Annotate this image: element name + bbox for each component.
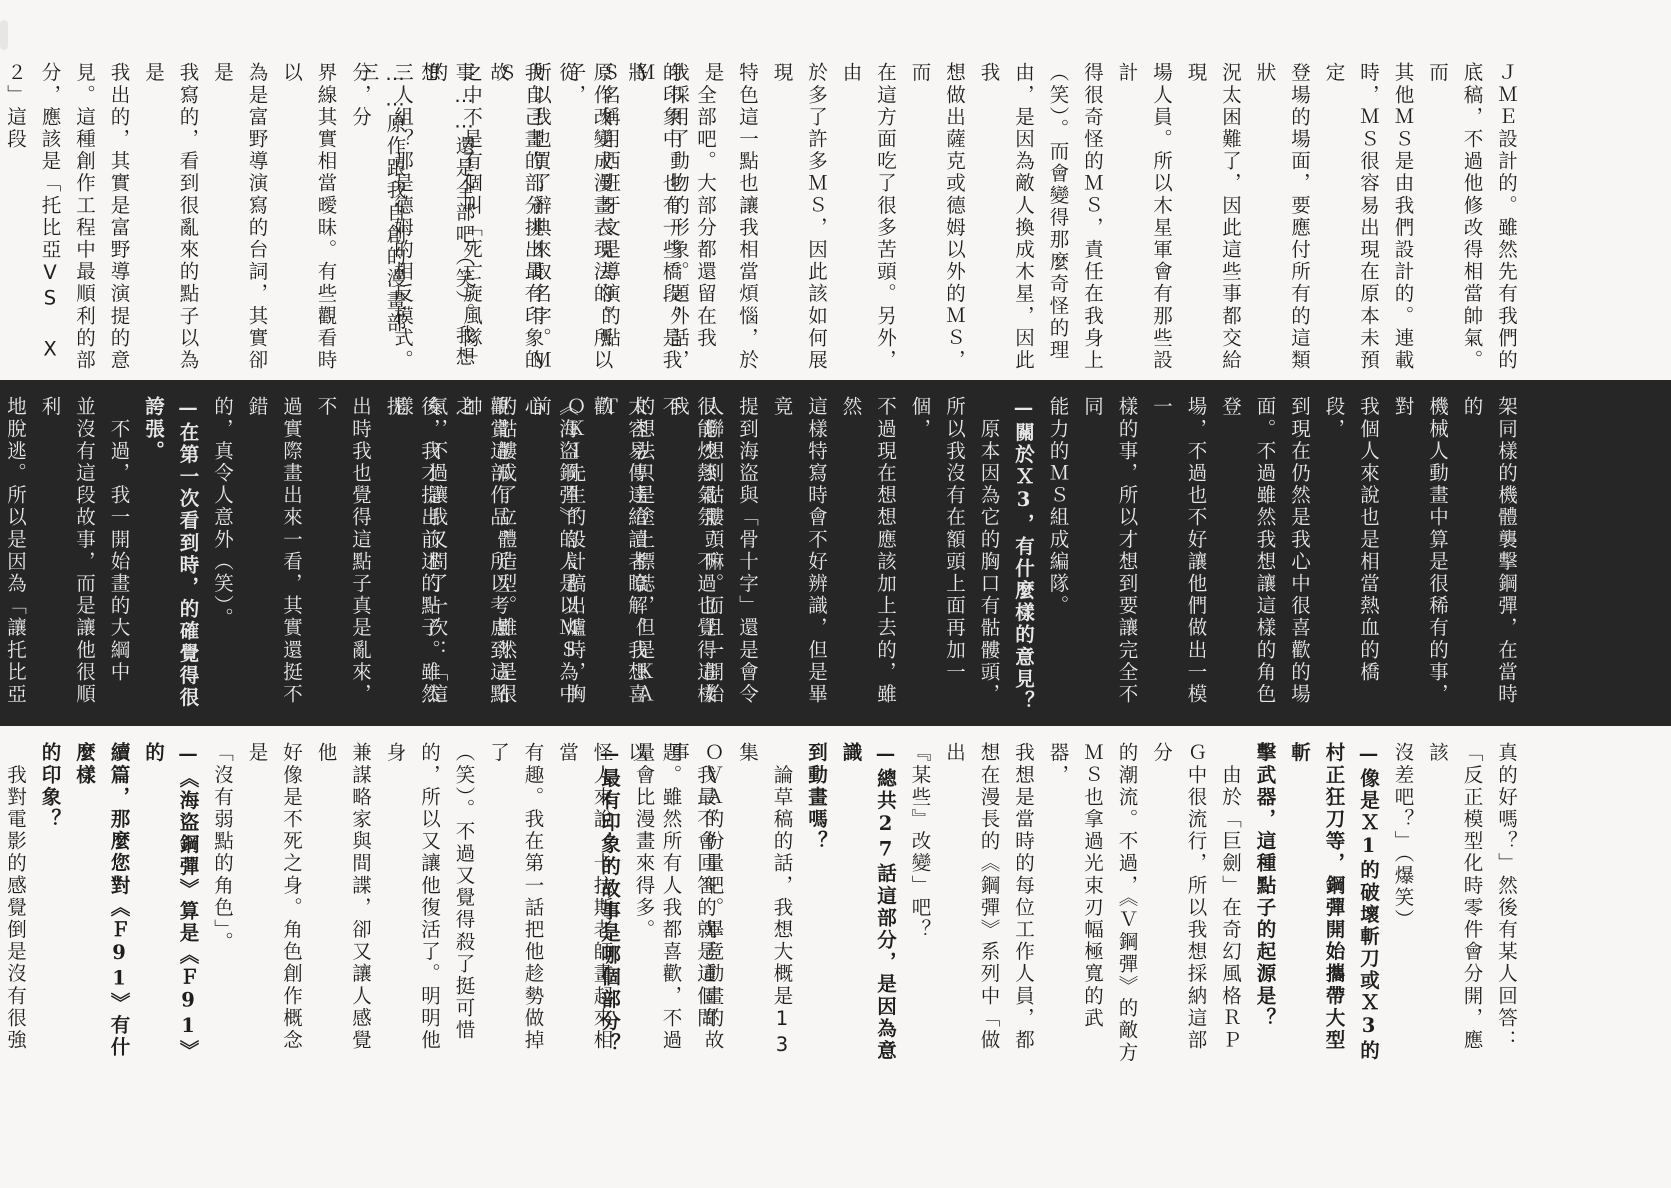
text-column: 這樣特寫時會不好辨識，但是畢竟 <box>764 396 833 716</box>
interview-question-line: —在第一次看到時，的確覺得很 <box>170 396 205 716</box>
interview-question-line: 續篇，那麼您對《Ｆ91》有什麼樣 <box>67 742 136 1072</box>
text-column: 出時我也覺得這點子真是亂來，不 <box>308 396 377 716</box>
text-column: 況太困難了，因此這些事都交給現 <box>1178 62 1247 374</box>
text-block-top-left: 全部吧。大部分都還留在我的印象中。也有一些橋段，是我將原作改變成漫畫表現法的。所… <box>88 62 722 374</box>
text-column: 的，真令人意外（笑）。 <box>205 396 240 716</box>
text-column: 『某些』改變」吧？ <box>902 742 937 1072</box>
text-column: 有趣。我在第一話把他趁勢做掉了 <box>481 742 550 1072</box>
text-block-bottom-left: 我最不會回答的就是這個問題。雖然所有人我都喜歡，不過以怪人來說，卡拉斯老師畫起來… <box>88 742 722 1072</box>
text-column: 「沒有弱點的角色」。 <box>205 742 240 1072</box>
text-column: 我最不會回答的就是這個問 <box>688 742 723 1072</box>
text-column: 樣的事，所以才想到要讓完全不同 <box>1075 396 1144 716</box>
interview-question-line: —像是Ｘ1的破壞斬刀或Ｘ3的 <box>1351 742 1386 1072</box>
text-column: 《海盜鋼彈》的人是以ＭＳ為中心 <box>515 396 584 716</box>
text-column: 界線其實相當曖昧。有些觀看時以 <box>274 62 343 374</box>
interview-question-line: 村正狂刀等，鋼彈開始攜帶大型斬 <box>1282 742 1351 1072</box>
interview-question-line: 擊武器，這種點子的起源是？ <box>1247 742 1282 1072</box>
text-column: （笑）。不過又覺得殺了挺可惜 <box>446 742 481 1072</box>
text-column: 能力的ＭＳ組成編隊。 <box>1040 396 1075 716</box>
text-column: 的潮流。不過，《Ｖ鋼彈》的敵方 <box>1109 742 1144 1072</box>
text-block-band-left: 很能炒熱氣氛，不過也覺得這樣不太容易傳達給讀者瞭解。我想喜歡《海盜鋼彈》的人是以… <box>88 396 722 716</box>
text-column: 時，ＭＳ很容易出現在原本未預定 <box>1316 62 1385 374</box>
text-column: 面。不過雖然我想讓這樣的角色登 <box>1213 396 1282 716</box>
text-column: 原本因為它的胸口有骷髏頭， <box>971 396 1006 716</box>
text-column: 太容易傳達給讀者瞭解。我想喜歡 <box>584 396 653 716</box>
text-column: 場人員。所以木星軍會有那些設計 <box>1109 62 1178 374</box>
text-column: 架同樣的機體襲擊鋼彈，在當時的 <box>1454 396 1523 716</box>
text-column: 不過現在想想應該加上去的，雖然 <box>833 396 902 716</box>
text-column: 觀賞這部作品，所以考慮到這點之 <box>446 396 515 716</box>
text-column: 提到海盜與「骨十字」還是會令 <box>730 396 765 716</box>
text-column: 很能炒熱氣氛，不過也覺得這樣不 <box>653 396 722 716</box>
text-column: 我個人來說也是相當熱血的橋段， <box>1316 396 1385 716</box>
text-column: 事……還是全部吧（笑）。我想想 <box>412 62 481 374</box>
text-column: ＪＭＥ設計的。雖然先有我們的 <box>1489 62 1524 374</box>
text-column: 到現在仍然是我心中很喜歡的場 <box>1282 396 1317 716</box>
text-column: 其他ＭＳ是由我們設計的。連載 <box>1385 62 1420 374</box>
interview-question-line: —總共27話這部分，是因為意識 <box>833 742 902 1072</box>
interview-question-line: 到動畫嗎？ <box>799 742 834 1072</box>
text-column: 全部吧。大部分都還留在我 <box>688 62 723 374</box>
text-column: 後，我才提出前述的點子。雖然提 <box>377 396 446 716</box>
text-column: 所以我沒有在額頭上面再加一個， <box>902 396 971 716</box>
text-column: 由，是因為敵人換成木星，因此我 <box>971 62 1040 374</box>
text-column: 論草稿的話，我想大概是13集 <box>730 742 799 1072</box>
text-column: 不過，我一開始畫的大綱中 <box>101 396 136 716</box>
text-column: 由於「巨劍」在奇幻風格ＲＰ <box>1213 742 1248 1072</box>
text-column: 見。這種創作工程中最順利的部 <box>67 62 102 374</box>
text-column: 怪人來說，卡拉斯老師畫起來相當 <box>550 742 619 1072</box>
text-column: 想做出薩克或德姆以外的ＭＳ，而 <box>902 62 971 374</box>
text-column: 我出的，其實是富野導演提的意 <box>101 62 136 374</box>
text-column: 並沒有這段故事，而是讓他很順利 <box>32 396 101 716</box>
interview-question-line: 誇張。 <box>136 396 171 716</box>
text-column: ＭＳ也拿過光束刃幅極寬的武器， <box>1040 742 1109 1072</box>
text-column: 的印象中。也有一些橋段，是我將 <box>619 62 688 374</box>
text-column: 「反正模型化時零件會分開，應該 <box>1420 742 1489 1072</box>
text-column: 在這方面吃了很多苦頭。另外，由 <box>833 62 902 374</box>
text-column: 過實際畫出來一看，其實還挺不錯 <box>239 396 308 716</box>
text-column: 我想是當時的每位工作人員，都 <box>1006 742 1041 1072</box>
text-column: 機械人動畫中算是很稀有的事，對 <box>1385 396 1454 716</box>
text-column: （笑）。而會變得那麼奇怪的理 <box>1040 62 1075 374</box>
interview-question-line: —關於Ｘ3，有什麼樣的意見？ <box>1006 396 1041 716</box>
text-column: 我對電影的感覺倒是沒有很強 <box>0 742 32 1072</box>
text-column: 想在漫長的《鋼彈》系列中「做出 <box>937 742 1006 1072</box>
text-column: 為是富野導演寫的台詞，其實卻是 <box>205 62 274 374</box>
text-column: 得很奇怪的ＭＳ，責任在我身上 <box>1075 62 1110 374</box>
interview-question-line: 的印象？ <box>32 742 67 1072</box>
text-column: 登場的場面，要應付所有的這類狀 <box>1247 62 1316 374</box>
text-column: Ｇ中很流行，所以我想採納這部分 <box>1144 742 1213 1072</box>
text-column: 真的好嗎？」然後有某人回答： <box>1489 742 1524 1072</box>
text-column: 地脫逃。所以是因為「讓托比亞變 <box>0 396 32 716</box>
text-column: 分，應該是「托比亞VS X２」這段 <box>0 62 67 374</box>
text-column: 沒差吧？」（爆笑） <box>1385 742 1420 1072</box>
text-column: 題。雖然所有人我都喜歡，不過以 <box>619 742 688 1072</box>
text-column: 原作改變成漫畫表現法的。所以從 <box>550 62 619 374</box>
text-column: 於多了許多ＭＳ，因此該如何展現 <box>764 62 833 374</box>
text-column: 底稿，不過他修改得相當帥氣。而 <box>1420 62 1489 374</box>
text-column: 兼謀略家與間諜，卻又讓人感覺他 <box>308 742 377 1072</box>
text-column: 好像是不死之身。角色創作概念是 <box>239 742 308 1072</box>
text-column: 場，不過也不好讓他們做出一模一 <box>1144 396 1213 716</box>
interview-question-line: —《海盜鋼彈》算是《Ｆ91》的 <box>136 742 205 1072</box>
text-column: ……原作跟我自創的漫畫部分，分 <box>343 62 412 374</box>
scan-margin-mark <box>0 20 8 50</box>
text-block-bottom-right: 真的好嗎？」然後有某人回答：「反正模型化時零件會分開，應該沒差吧？」（爆笑）—像… <box>592 742 1524 1072</box>
text-column: 我寫的，看到很亂來的點子以為是 <box>136 62 205 374</box>
text-column: 我自己畫的部分挑出最有印象的故 <box>481 62 550 374</box>
text-column: 的，所以又讓他復活了。明明他身 <box>377 742 446 1072</box>
